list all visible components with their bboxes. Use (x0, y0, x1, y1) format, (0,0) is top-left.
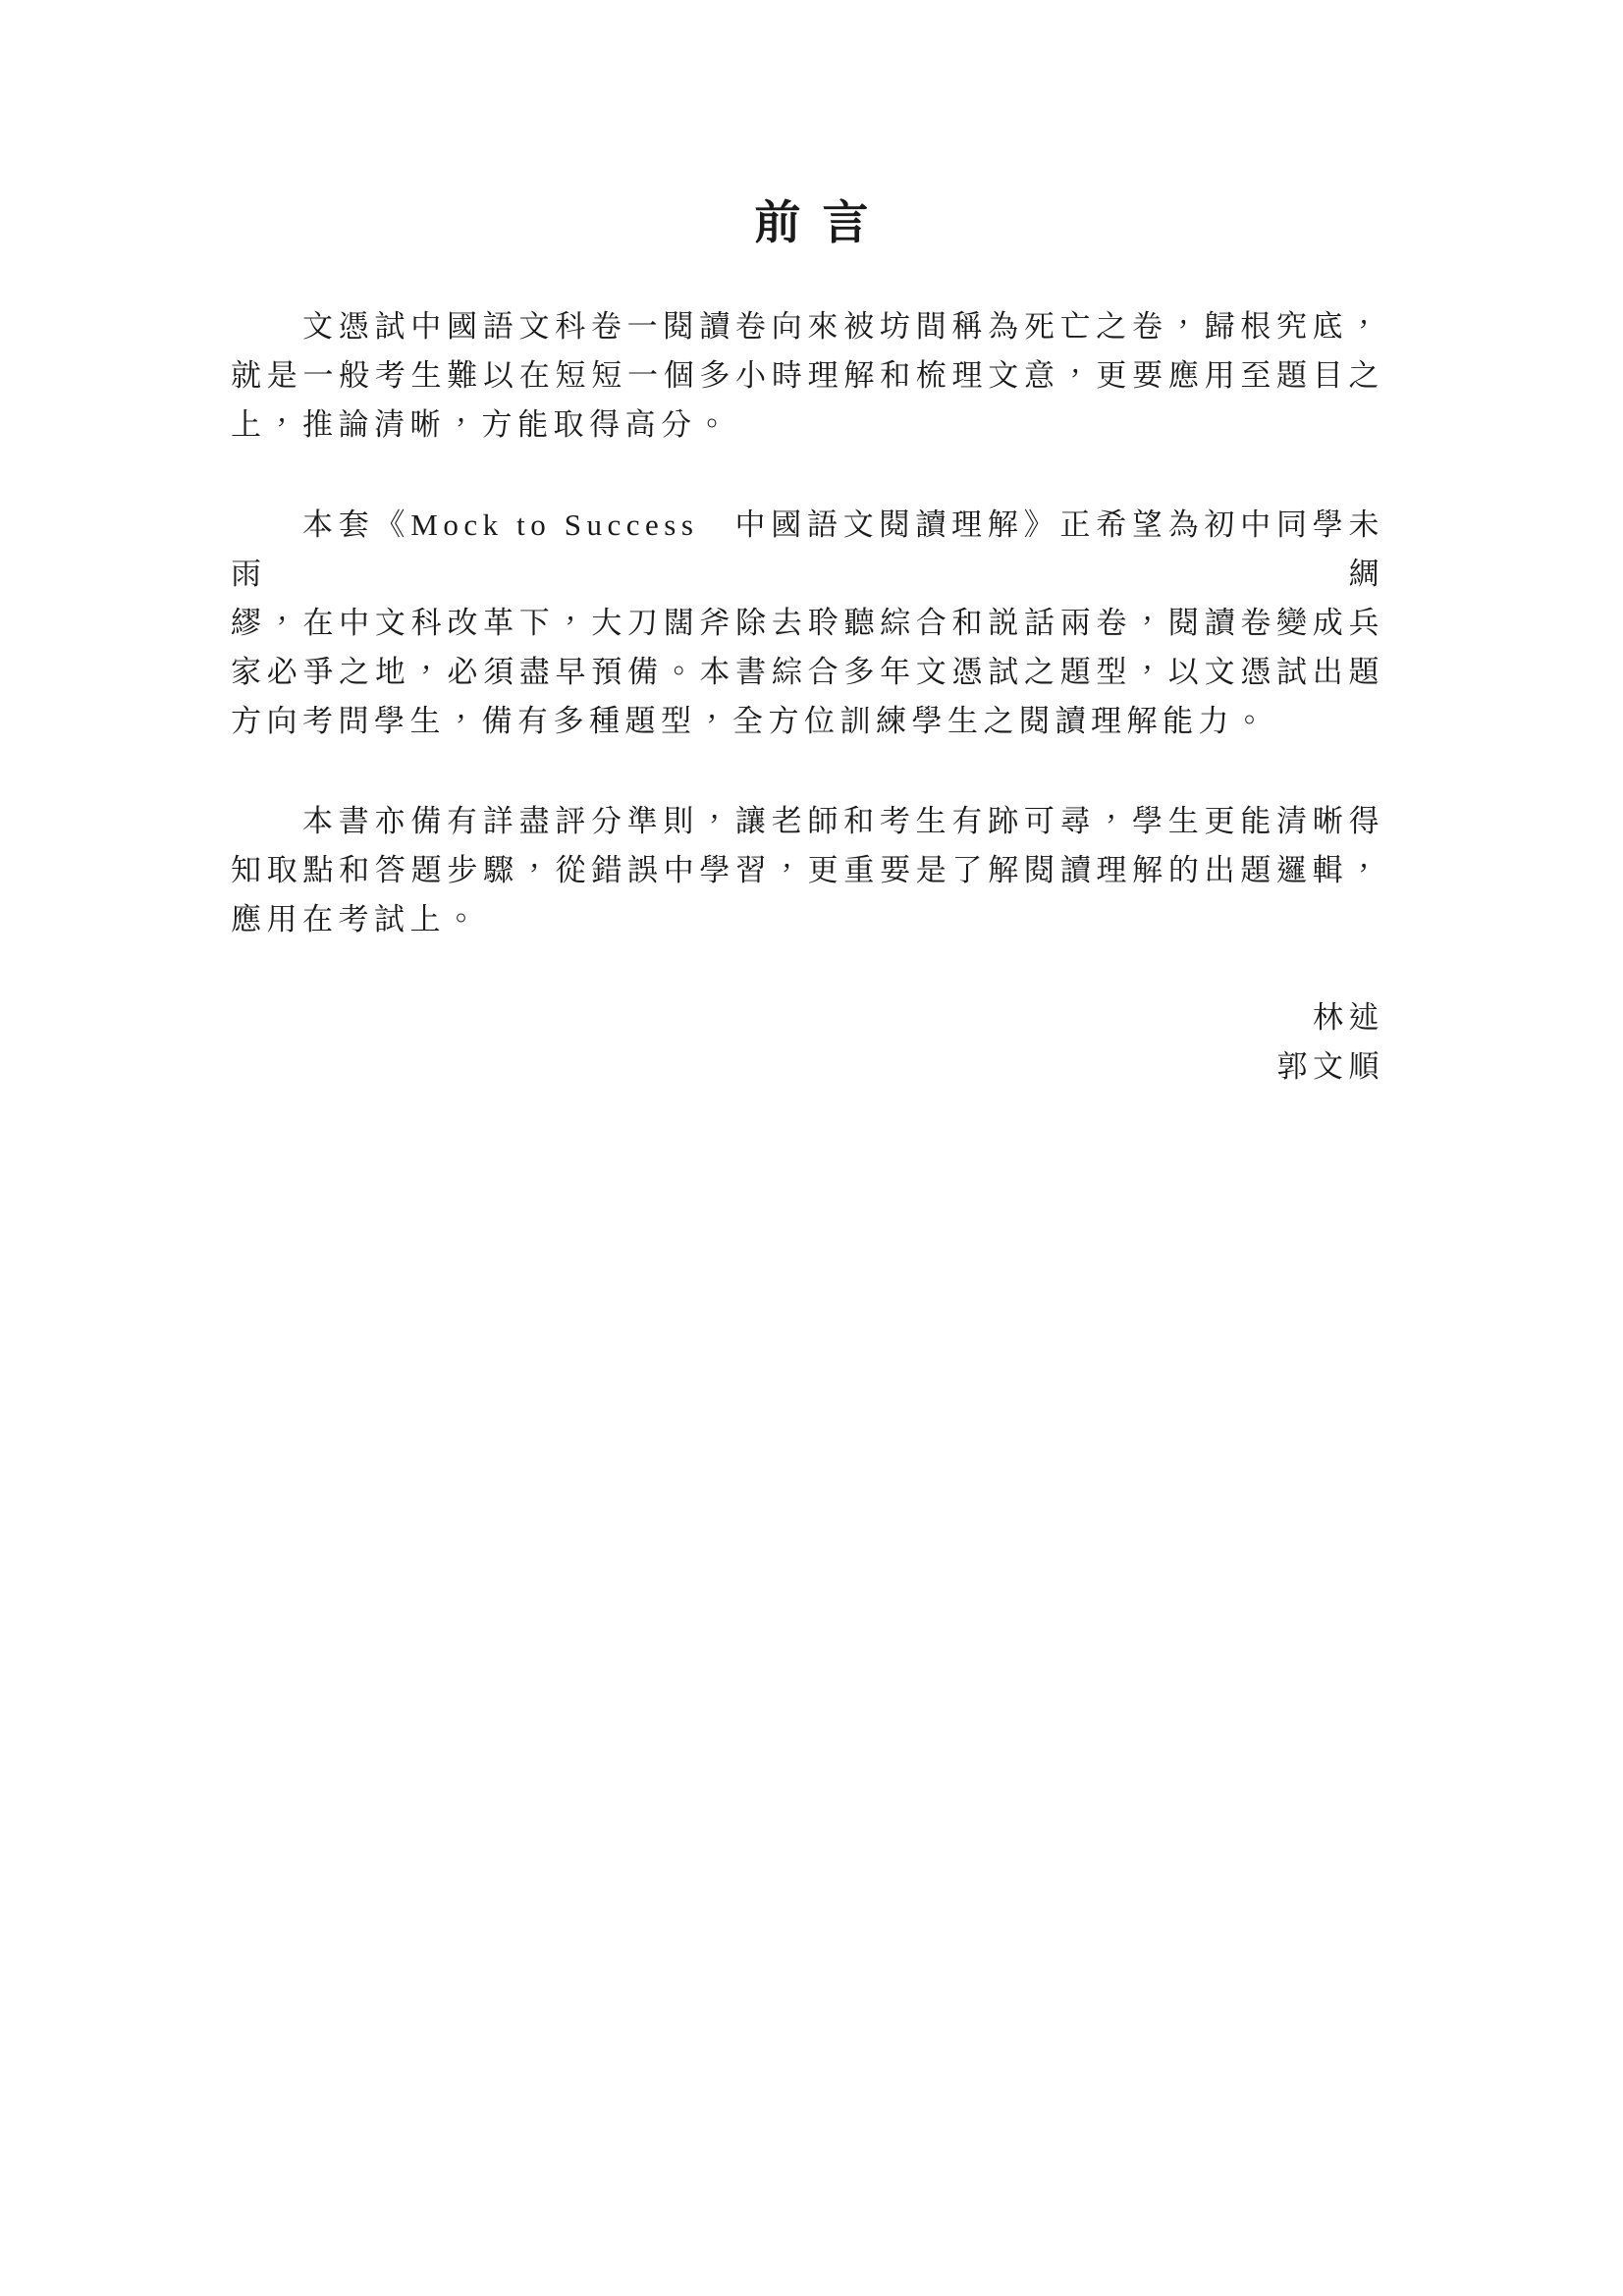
signature-author: 林述 (231, 993, 1384, 1042)
paragraph: 文憑試中國語文科卷一閱讀卷向來被坊間稱為死亡之卷，歸根究底， 就是一般考生難以在… (231, 302, 1384, 450)
paragraph: 本套《Mock to Success 中國語文閱讀理解》正希望為初中同學未雨綢 … (231, 501, 1384, 746)
paragraph-line: 知取點和答題步驟，從錯誤中學習，更重要是了解閱讀理解的出題邏輯， (231, 846, 1384, 895)
paragraph-line: 本套《Mock to Success 中國語文閱讀理解》正希望為初中同學未雨綢 (231, 501, 1384, 599)
paragraph-line: 文憑試中國語文科卷一閱讀卷向來被坊間稱為死亡之卷，歸根究底， (231, 302, 1384, 351)
document-page: 前言 文憑試中國語文科卷一閱讀卷向來被坊間稱為死亡之卷，歸根究底， 就是一般考生… (0, 0, 1623, 2296)
signature-block: 林述 郭文順 (231, 993, 1384, 1092)
page-title: 前言 (0, 192, 1623, 255)
page-content: 文憑試中國語文科卷一閱讀卷向來被坊間稱為死亡之卷，歸根究底， 就是一般考生難以在… (231, 302, 1384, 1092)
paragraph-line: 本書亦備有詳盡評分準則，讓老師和考生有跡可尋，學生更能清晰得 (231, 797, 1384, 846)
paragraph-line: 家必爭之地，必須盡早預備。本書綜合多年文憑試之題型，以文憑試出題 (231, 648, 1384, 697)
paragraph-line: 上，推論清晰，方能取得高分。 (231, 400, 1384, 450)
signature-author: 郭文順 (231, 1042, 1384, 1092)
paragraph-line: 就是一般考生難以在短短一個多小時理解和梳理文意，更要應用至題目之 (231, 351, 1384, 400)
paragraph-line: 方向考問學生，備有多種題型，全方位訓練學生之閱讀理解能力。 (231, 697, 1384, 746)
paragraph-line: 應用在考試上。 (231, 895, 1384, 944)
paragraph-line: 繆，在中文科改革下，大刀闊斧除去聆聽綜合和説話兩卷，閱讀卷變成兵 (231, 599, 1384, 648)
paragraph: 本書亦備有詳盡評分準則，讓老師和考生有跡可尋，學生更能清晰得 知取點和答題步驟，… (231, 797, 1384, 944)
